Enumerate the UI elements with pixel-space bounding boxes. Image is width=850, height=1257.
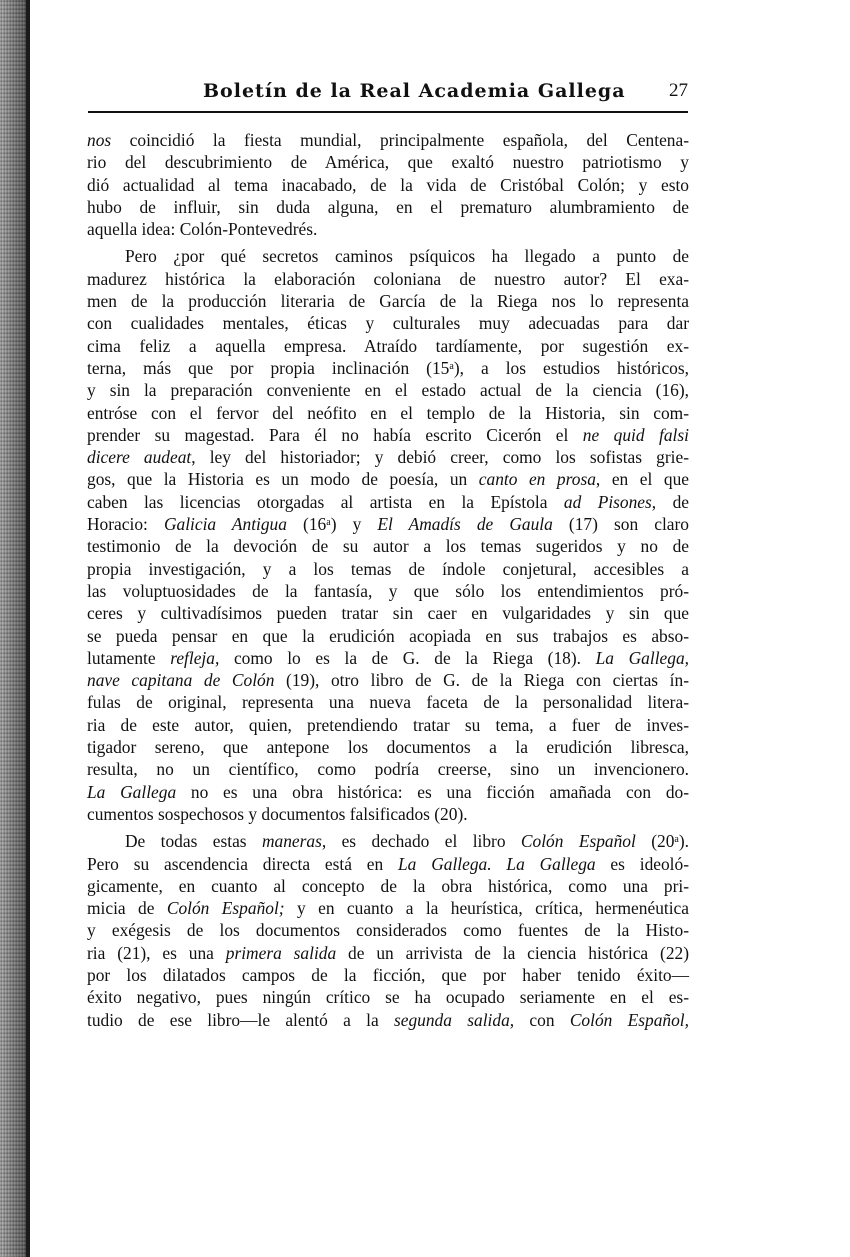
paragraph: De todas estas maneras, es dechado el li… <box>87 830 689 1031</box>
text-line: ria de este autor, quien, pretendiendo t… <box>87 714 689 736</box>
text-line: cima feliz a aquella empresa. Atraído ta… <box>87 335 689 357</box>
text-line: entróse con el fervor del neófito en el … <box>87 402 689 424</box>
page-number: 27 <box>669 80 688 102</box>
text-line: hubo de influir, sin duda alguna, en el … <box>87 196 689 218</box>
text-line: ria (21), es una primera salida de un ar… <box>87 942 689 964</box>
text-line: por los dilatados campos de la ficción, … <box>87 964 689 986</box>
text-line: fulas de original, representa una nueva … <box>87 691 689 713</box>
text-line: nave capitana de Colón (19), otro libro … <box>87 669 689 691</box>
text-line: terna, más que por propia inclinación (1… <box>87 357 689 379</box>
text-line: tigador sereno, que antepone los documen… <box>87 736 689 758</box>
text-line: Pero su ascendencia directa está en La G… <box>87 853 689 875</box>
text-line: propia investigación, y a los temas de í… <box>87 558 689 580</box>
text-line: se pueda pensar en que la erudición acop… <box>87 625 689 647</box>
text-line: éxito negativo, pues ningún crítico se h… <box>87 986 689 1008</box>
text-line: madurez histórica la elaboración colonia… <box>87 268 689 290</box>
body-text: nos coincidió la fiesta mundial, princip… <box>87 129 689 1031</box>
text-line: y exégesis de los documentos considerado… <box>87 919 689 941</box>
text-line: gos, que la Historia es un modo de poesí… <box>87 468 689 490</box>
text-line: caben las licencias otorgadas al artista… <box>87 491 689 513</box>
header-rule <box>88 111 688 113</box>
running-header: Boletín de la Real Academia Gallega 27 <box>88 76 688 112</box>
text-line: testimonio de la devoción de su autor a … <box>87 535 689 557</box>
text-line: ceres y cultivadísimos pueden tratar sin… <box>87 602 689 624</box>
journal-title: Boletín de la Real Academia Gallega <box>203 80 626 102</box>
text-line: rio del descubrimiento de América, que e… <box>87 151 689 173</box>
text-line: dió actualidad al tema inacabado, de la … <box>87 174 689 196</box>
text-line: Horacio: Galicia Antigua (16a) y El Amad… <box>87 513 689 535</box>
book-binding-shadow <box>0 0 30 1257</box>
text-line: cumentos sospechosos y documentos falsif… <box>87 803 689 825</box>
text-line: prender su magestad. Para él no había es… <box>87 424 689 446</box>
paragraph: nos coincidió la fiesta mundial, princip… <box>87 129 689 240</box>
text-line: tudio de ese libro—le alentó a la segund… <box>87 1009 689 1031</box>
text-line: micia de Colón Español; y en cuanto a la… <box>87 897 689 919</box>
text-line: las voluptuosidades de la fantasía, y qu… <box>87 580 689 602</box>
text-line: Pero ¿por qué secretos caminos psíquicos… <box>87 245 689 267</box>
text-line: resulta, no un científico, como podría c… <box>87 758 689 780</box>
text-line: con cualidades mentales, éticas y cultur… <box>87 312 689 334</box>
text-line: lutamente refleja, como lo es la de G. d… <box>87 647 689 669</box>
text-line: y sin la preparación conveniente en el e… <box>87 379 689 401</box>
text-line: La Gallega no es una obra histórica: es … <box>87 781 689 803</box>
text-line: dicere audeat, ley del historiador; y de… <box>87 446 689 468</box>
paragraph: Pero ¿por qué secretos caminos psíquicos… <box>87 245 689 825</box>
text-line: men de la producción literaria de García… <box>87 290 689 312</box>
text-line: De todas estas maneras, es dechado el li… <box>87 830 689 852</box>
text-line: nos coincidió la fiesta mundial, princip… <box>87 129 689 151</box>
text-line: aquella idea: Colón-Pontevedrés. <box>87 218 689 240</box>
text-line: gicamente, en cuanto al concepto de la o… <box>87 875 689 897</box>
